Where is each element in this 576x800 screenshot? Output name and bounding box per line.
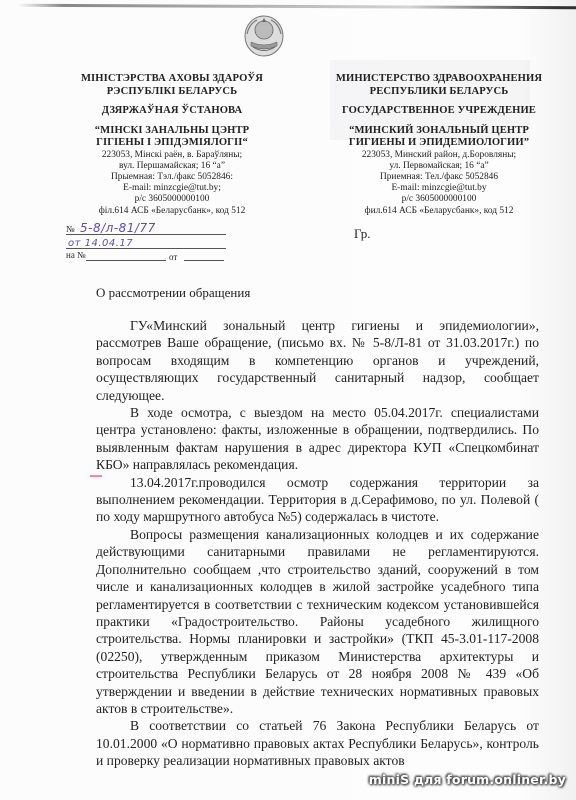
registration-block: № 5-8/л-81/77 от 14.04.17 на № от — [66, 222, 226, 262]
paragraph: В ходе осмотра, с выездом на место 05.04… — [96, 404, 539, 474]
address-line2: вул. Першамайская; 16 “а” — [52, 161, 292, 172]
header-russian: МИНИСТЕРСТВО ЗДРАВООХРАНЕНИЯ РЕСПУБЛИКИ … — [305, 73, 573, 217]
handwritten-number: 5-8/л-81/77 — [80, 221, 156, 235]
phone: Прыемная: Тэл./факс 5052846: — [52, 172, 292, 183]
ministry-name-line2: РЕСПУБЛИКИ БЕЛАРУСЬ — [305, 86, 573, 99]
letter-body: ГУ«Минский зональный центр гигиены и эпи… — [96, 317, 539, 770]
institution-type: ДЗЯРЖАЎНАЯ ЎСТАНОВА — [52, 105, 292, 118]
bank: фил.614 АСБ «Беларусбанк», код 512 — [305, 206, 573, 217]
institution-name-line2: ГИГИЕНЫ И ЭПИДЕМИОЛОГИИ” — [305, 137, 573, 150]
ministry-name-line2: РЭСПУБЛІКІ БЕЛАРУСЬ — [52, 86, 292, 99]
institution-name: “МИНСКИЙ ЗОНАЛЬНЫЙ ЦЕНТР — [305, 125, 573, 138]
outgoing-number-line: № 5-8/л-81/77 — [66, 222, 226, 235]
account: р/с 3605000000100 — [52, 194, 292, 205]
account: р/с 3605000000100 — [305, 194, 573, 205]
recipient: Гр. — [354, 226, 370, 242]
institution-type: ГОСУДАРСТВЕННОЕ УЧРЕЖДЕНИЕ — [305, 105, 573, 118]
ministry-name: МІНІСТЭРСТВА АХОВЫ ЗДАРОЎЯ — [52, 73, 292, 86]
institution-name-line2: ГІГІЕНЫ І ЭПІДЭМІЯЛОГІІ“ — [52, 137, 292, 150]
handwritten-date: от 14.04.17 — [68, 238, 133, 249]
outgoing-date-line: от 14.04.17 — [66, 236, 226, 249]
ministry-name: МИНИСТЕРСТВО ЗДРАВООХРАНЕНИЯ — [305, 73, 573, 86]
bank: філ.614 АСБ «Беларусбанк», код 512 — [52, 206, 292, 217]
paragraph: ГУ«Минский зональный центр гигиены и эпи… — [96, 317, 539, 404]
paragraph: 13.04.2017г.проводился осмотр содержания… — [96, 474, 539, 526]
header-belarusian: МІНІСТЭРСТВА АХОВЫ ЗДАРОЎЯ РЭСПУБЛІКІ БЕ… — [52, 73, 292, 217]
email: E-mail: minzcgie@tut.by — [305, 183, 573, 194]
paragraph: В соответствии со статьей 76 Закона Респ… — [96, 717, 539, 769]
address: 223053, Минский район, д.Боровляны; — [305, 150, 573, 161]
scan-edge-shadow — [18, 4, 576, 9]
institution-name: “МІНСКІ ЗАНАЛЬНЫ ЦЭНТР — [52, 125, 292, 138]
letter-subject: О рассмотрении обращения — [96, 285, 250, 301]
number-label: № — [66, 224, 75, 234]
paragraph: Вопросы размещения канализационных колод… — [96, 526, 539, 717]
document-page: МІНІСТЭРСТВА АХОВЫ ЗДАРОЎЯ РЭСПУБЛІКІ БЕ… — [0, 0, 576, 800]
watermark: miniS для forum.onliner.by — [369, 772, 566, 787]
reference-line: на № от — [66, 250, 226, 262]
ref-from-label: от — [169, 252, 177, 262]
phone: Приемная: Тел./факс 5052846 — [305, 172, 573, 183]
address: 223053, Мінскі раён, в. Бараўляны; — [52, 150, 292, 161]
ref-number-label: на № — [66, 250, 86, 260]
email: E-mail: minzcgie@tut.by; — [52, 183, 292, 194]
address-line2: ул. Первомайская; 16 “а” — [305, 161, 573, 172]
coat-of-arms-icon — [243, 14, 285, 58]
